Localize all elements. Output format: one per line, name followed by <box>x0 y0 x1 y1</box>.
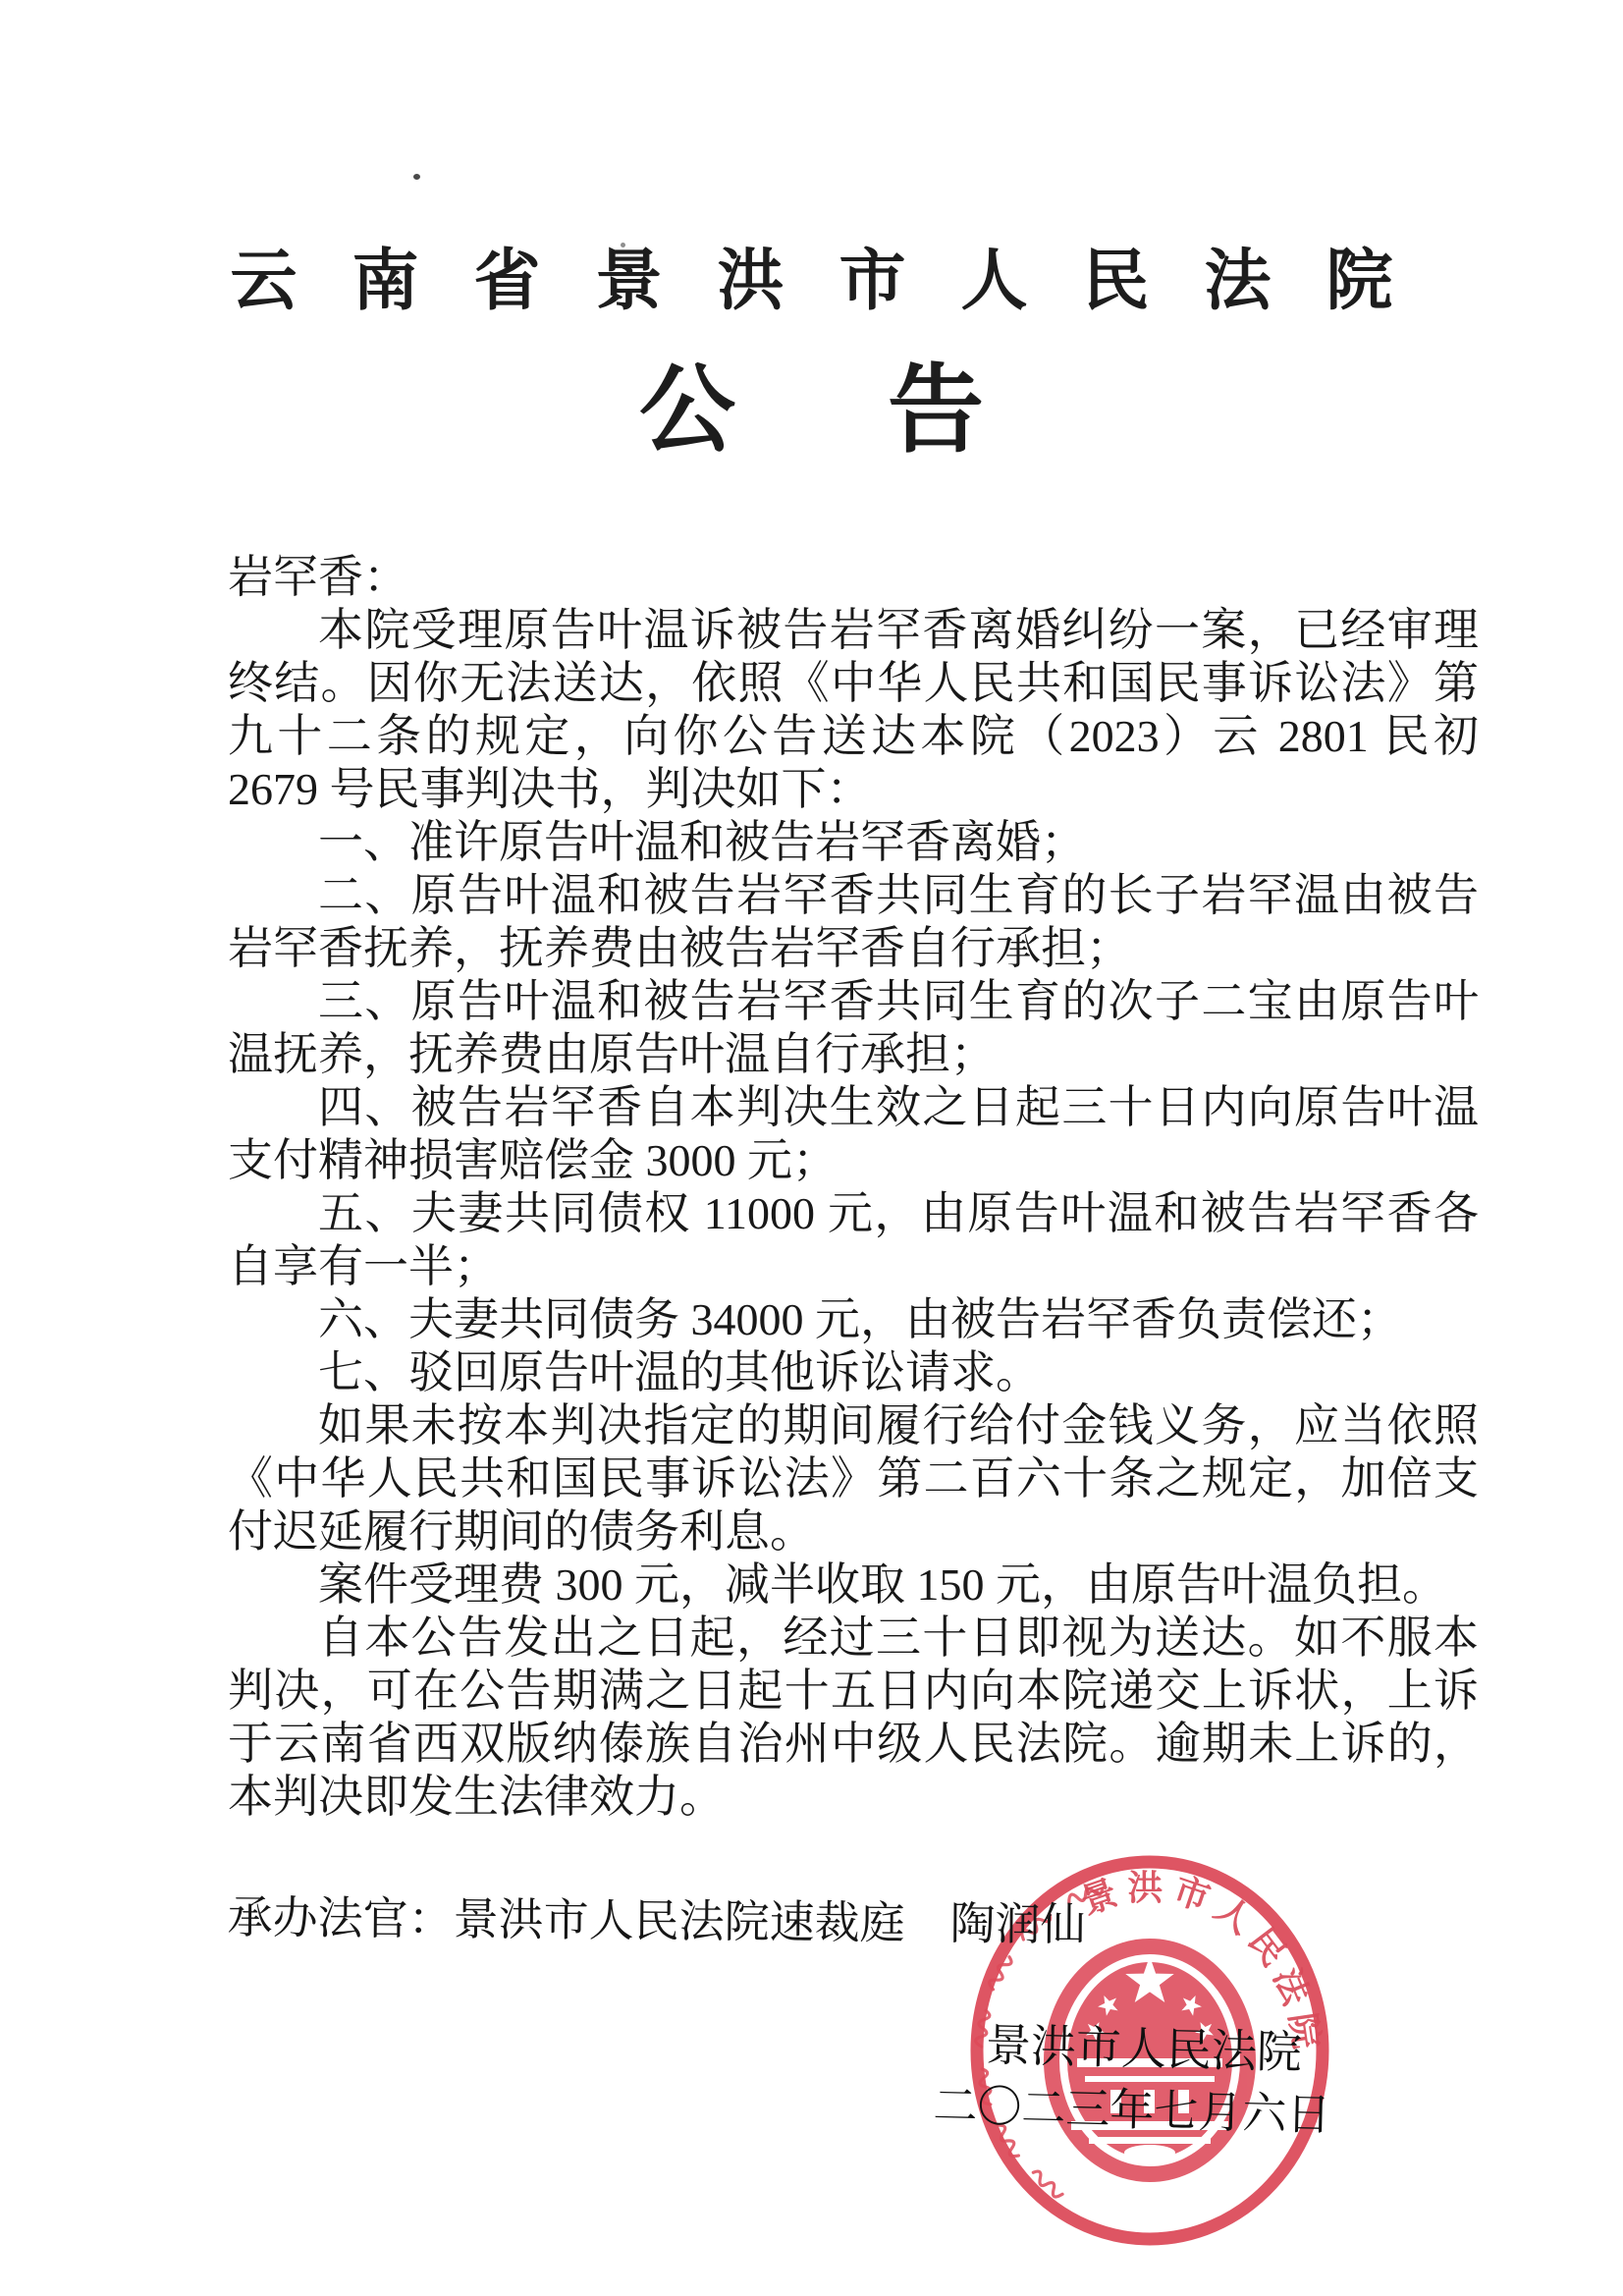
salutation-line: 岩罕香： <box>228 551 1479 604</box>
body-paragraph-item-4: 四、被告岩罕香自本判决生效之日起三十日内向原告叶温支付精神损害赔偿金 3000 … <box>228 1081 1479 1187</box>
body-paragraph-item-7: 七、驳回原告叶温的其他诉讼请求。 <box>228 1346 1479 1399</box>
page-title-court: 云南省景洪市人民法院 <box>0 247 1623 314</box>
body-paragraph-fees: 案件受理费 300 元，减半收取 150 元，由原告叶温负担。 <box>228 1558 1479 1612</box>
court-notice-page: 云南省景洪市人民法院 公告 岩罕香： 本院受理原告叶温诉被告岩罕香离婚纠纷一案，… <box>0 0 1623 2296</box>
body-paragraph: 如果未按本判决指定的期间履行给付金钱义务，应当依照《中华人民共和国民事诉讼法》第… <box>228 1399 1479 1558</box>
body-paragraph: 本院受理原告叶温诉被告岩罕香离婚纠纷一案，已经审理终结。因你无法送达，依照《中华… <box>228 604 1479 816</box>
body-paragraph-item-6: 六、夫妻共同债务 34000 元，由被告岩罕香负责偿还； <box>228 1293 1479 1346</box>
scan-speck <box>413 174 420 180</box>
page-title-notice: 公告 <box>0 363 1623 460</box>
body-paragraph-appeal: 自本公告发出之日起，经过三十日即视为送达。如不服本判决，可在公告期满之日起十五日… <box>228 1612 1479 1824</box>
signature-date: 二〇二三年七月六日 <box>933 2069 1331 2143</box>
body-paragraph-item-2: 二、原告叶温和被告岩罕香共同生育的长子岩罕温由被告岩罕香抚养，抚养费由被告岩罕香… <box>228 869 1479 975</box>
judge-line: 承办法官：景洪市人民法院速裁庭 陶润仙 <box>227 1882 1086 1954</box>
body-paragraph-item-3: 三、原告叶温和被告岩罕香共同生育的次子二宝由原告叶温抚养，抚养费由原告叶温自行承… <box>228 975 1479 1081</box>
notice-body: 岩罕香： 本院受理原告叶温诉被告岩罕香离婚纠纷一案，已经审理终结。因你无法送达，… <box>228 551 1479 1824</box>
body-paragraph-item-5: 五、夫妻共同债权 11000 元，由原告叶温和被告岩罕香各自享有一半； <box>228 1187 1479 1293</box>
body-paragraph-item-1: 一、准许原告叶温和被告岩罕香离婚； <box>228 816 1479 869</box>
